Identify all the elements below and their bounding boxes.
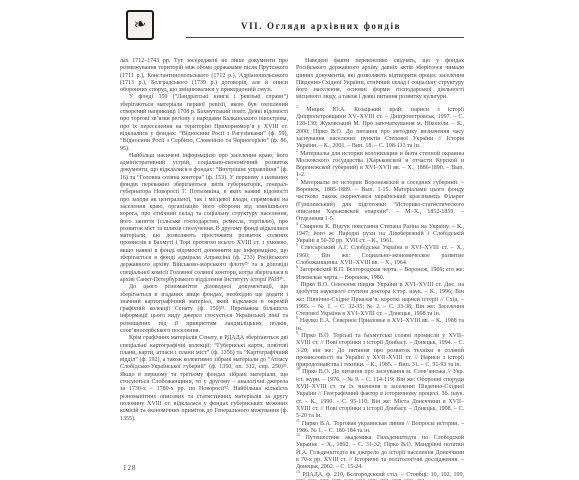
footnote: 11 Пирко В.А. Торговая украинская линия … [296, 421, 464, 436]
footnote-text: Пирко В.А. Торговая украинская линия // … [296, 421, 464, 434]
footnote-text: РДАДА, ф. 210, Бєлгородський стіл. – Сто… [296, 472, 464, 480]
footnote: 6 Загоровский В.П. Белгородская черта. –… [296, 267, 464, 282]
footnote: 13 РДАДА, ф. 210, Бєлгородський стіл. – … [296, 472, 464, 480]
footnote-text: Слюсарський А.Г. Слобідська Україна в XV… [296, 245, 464, 266]
body-paragraph: У фонді 350 (“Ландратські книги і ревізь… [120, 94, 288, 152]
footnote: 4 Смирнов К. Відгук повстання Степана Ра… [296, 224, 464, 246]
header-rule [186, 37, 464, 38]
body-paragraph: До цього різноманіття діловодної докумен… [120, 284, 288, 335]
footnote: 8 Наулко Е.А. Северное Приазовье в XVI–X… [296, 318, 464, 333]
footnote-number: 9 [296, 330, 298, 335]
chapter-title: VII. Огляди архівних фондів [180, 21, 462, 31]
footnote-text: Наулко Е.А. Северное Приазовье в XVI–XVI… [296, 318, 464, 331]
emblem-glyph: ❧ [133, 17, 148, 34]
footnote-number: 1 [296, 104, 298, 109]
footnote-number: 8 [296, 315, 298, 320]
left-column: лах 1712–1743 рр. Тут зосереджені не лиш… [120, 58, 288, 480]
page-number: 128 [123, 464, 137, 472]
footnote-text: Пірко В.О. Освоєння півдня України в XVI… [296, 282, 464, 317]
closing-paragraph: Наведені факти переконливо свідчать, що … [296, 58, 464, 102]
footnote: 7 Пірко В.О. Освоєння півдня України в X… [296, 282, 464, 318]
footnote: 2 Материалы для истории колонизации и бы… [296, 151, 464, 180]
body-paragraph: Крім графічних матеріалів Сенату, в РДАД… [120, 335, 288, 423]
body-paragraph: Найбільш насичені інформацією про заселе… [120, 153, 288, 284]
footnote-text: Пірко В.О. До питання про заснування м. … [296, 369, 464, 419]
footnote-text: Материалы для истории колонизации и быта… [296, 151, 464, 179]
footnote-text: Мицик Ю.А. Козацький край: нариси з істо… [296, 107, 464, 149]
footnote-number: 3 [296, 177, 298, 182]
footnote-text: Загоровский В.П. Белгородская черта. – В… [296, 267, 464, 280]
footnote-text: Пірко В.О. Торські та бахмутські соляні … [296, 333, 464, 368]
body-paragraph: лах 1712–1743 рр. Тут зосереджені не лиш… [120, 58, 288, 94]
text-columns: лах 1712–1743 рр. Тут зосереджені не лиш… [120, 58, 464, 480]
footnote-number: 5 [296, 242, 298, 247]
footnote-text: Материалы по истории Воронежской и сосед… [296, 180, 464, 222]
right-column: Наведені факти переконливо свідчать, що … [296, 58, 464, 480]
footnote-number: 2 [296, 148, 298, 153]
footnote: 1 Мицик Ю.А. Козацький край: нариси з іс… [296, 107, 464, 151]
publisher-emblem-icon: ❧ [126, 10, 154, 40]
footnote-number: 11 [296, 418, 300, 423]
footnote-number: 13 [296, 469, 300, 474]
footnote: 3 Материалы по истории Воронежской и сос… [296, 180, 464, 224]
footnote-text: Смирнов К. Відгук повстання Степана Разі… [296, 224, 464, 245]
page-header: ❧ VII. Огляди архівних фондів [120, 6, 464, 56]
footnote-list: 1 Мицик Ю.А. Козацький край: нариси з іс… [296, 107, 464, 480]
footnote: 9 Пірко В.О. Торські та бахмутські солян… [296, 333, 464, 369]
footnote-number: 10 [296, 366, 300, 371]
footnote-number: 6 [296, 264, 298, 269]
footnote-number: 12 [296, 432, 300, 437]
footnote: 12 Путешествие академика Гильденштедта п… [296, 435, 464, 471]
footnote: 5 Слюсарський А.Г. Слобідська Україна в … [296, 245, 464, 267]
footnote-text: Путешествие академика Гильденштедта по С… [296, 435, 464, 470]
footnote: 10 Пірко В.О. До питання про заснування … [296, 369, 464, 420]
scanned-book-page: ❧ VII. Огляди архівних фондів лах 1712–1… [120, 6, 464, 474]
footnote-number: 7 [296, 279, 298, 284]
footnote-number: 4 [296, 221, 298, 226]
